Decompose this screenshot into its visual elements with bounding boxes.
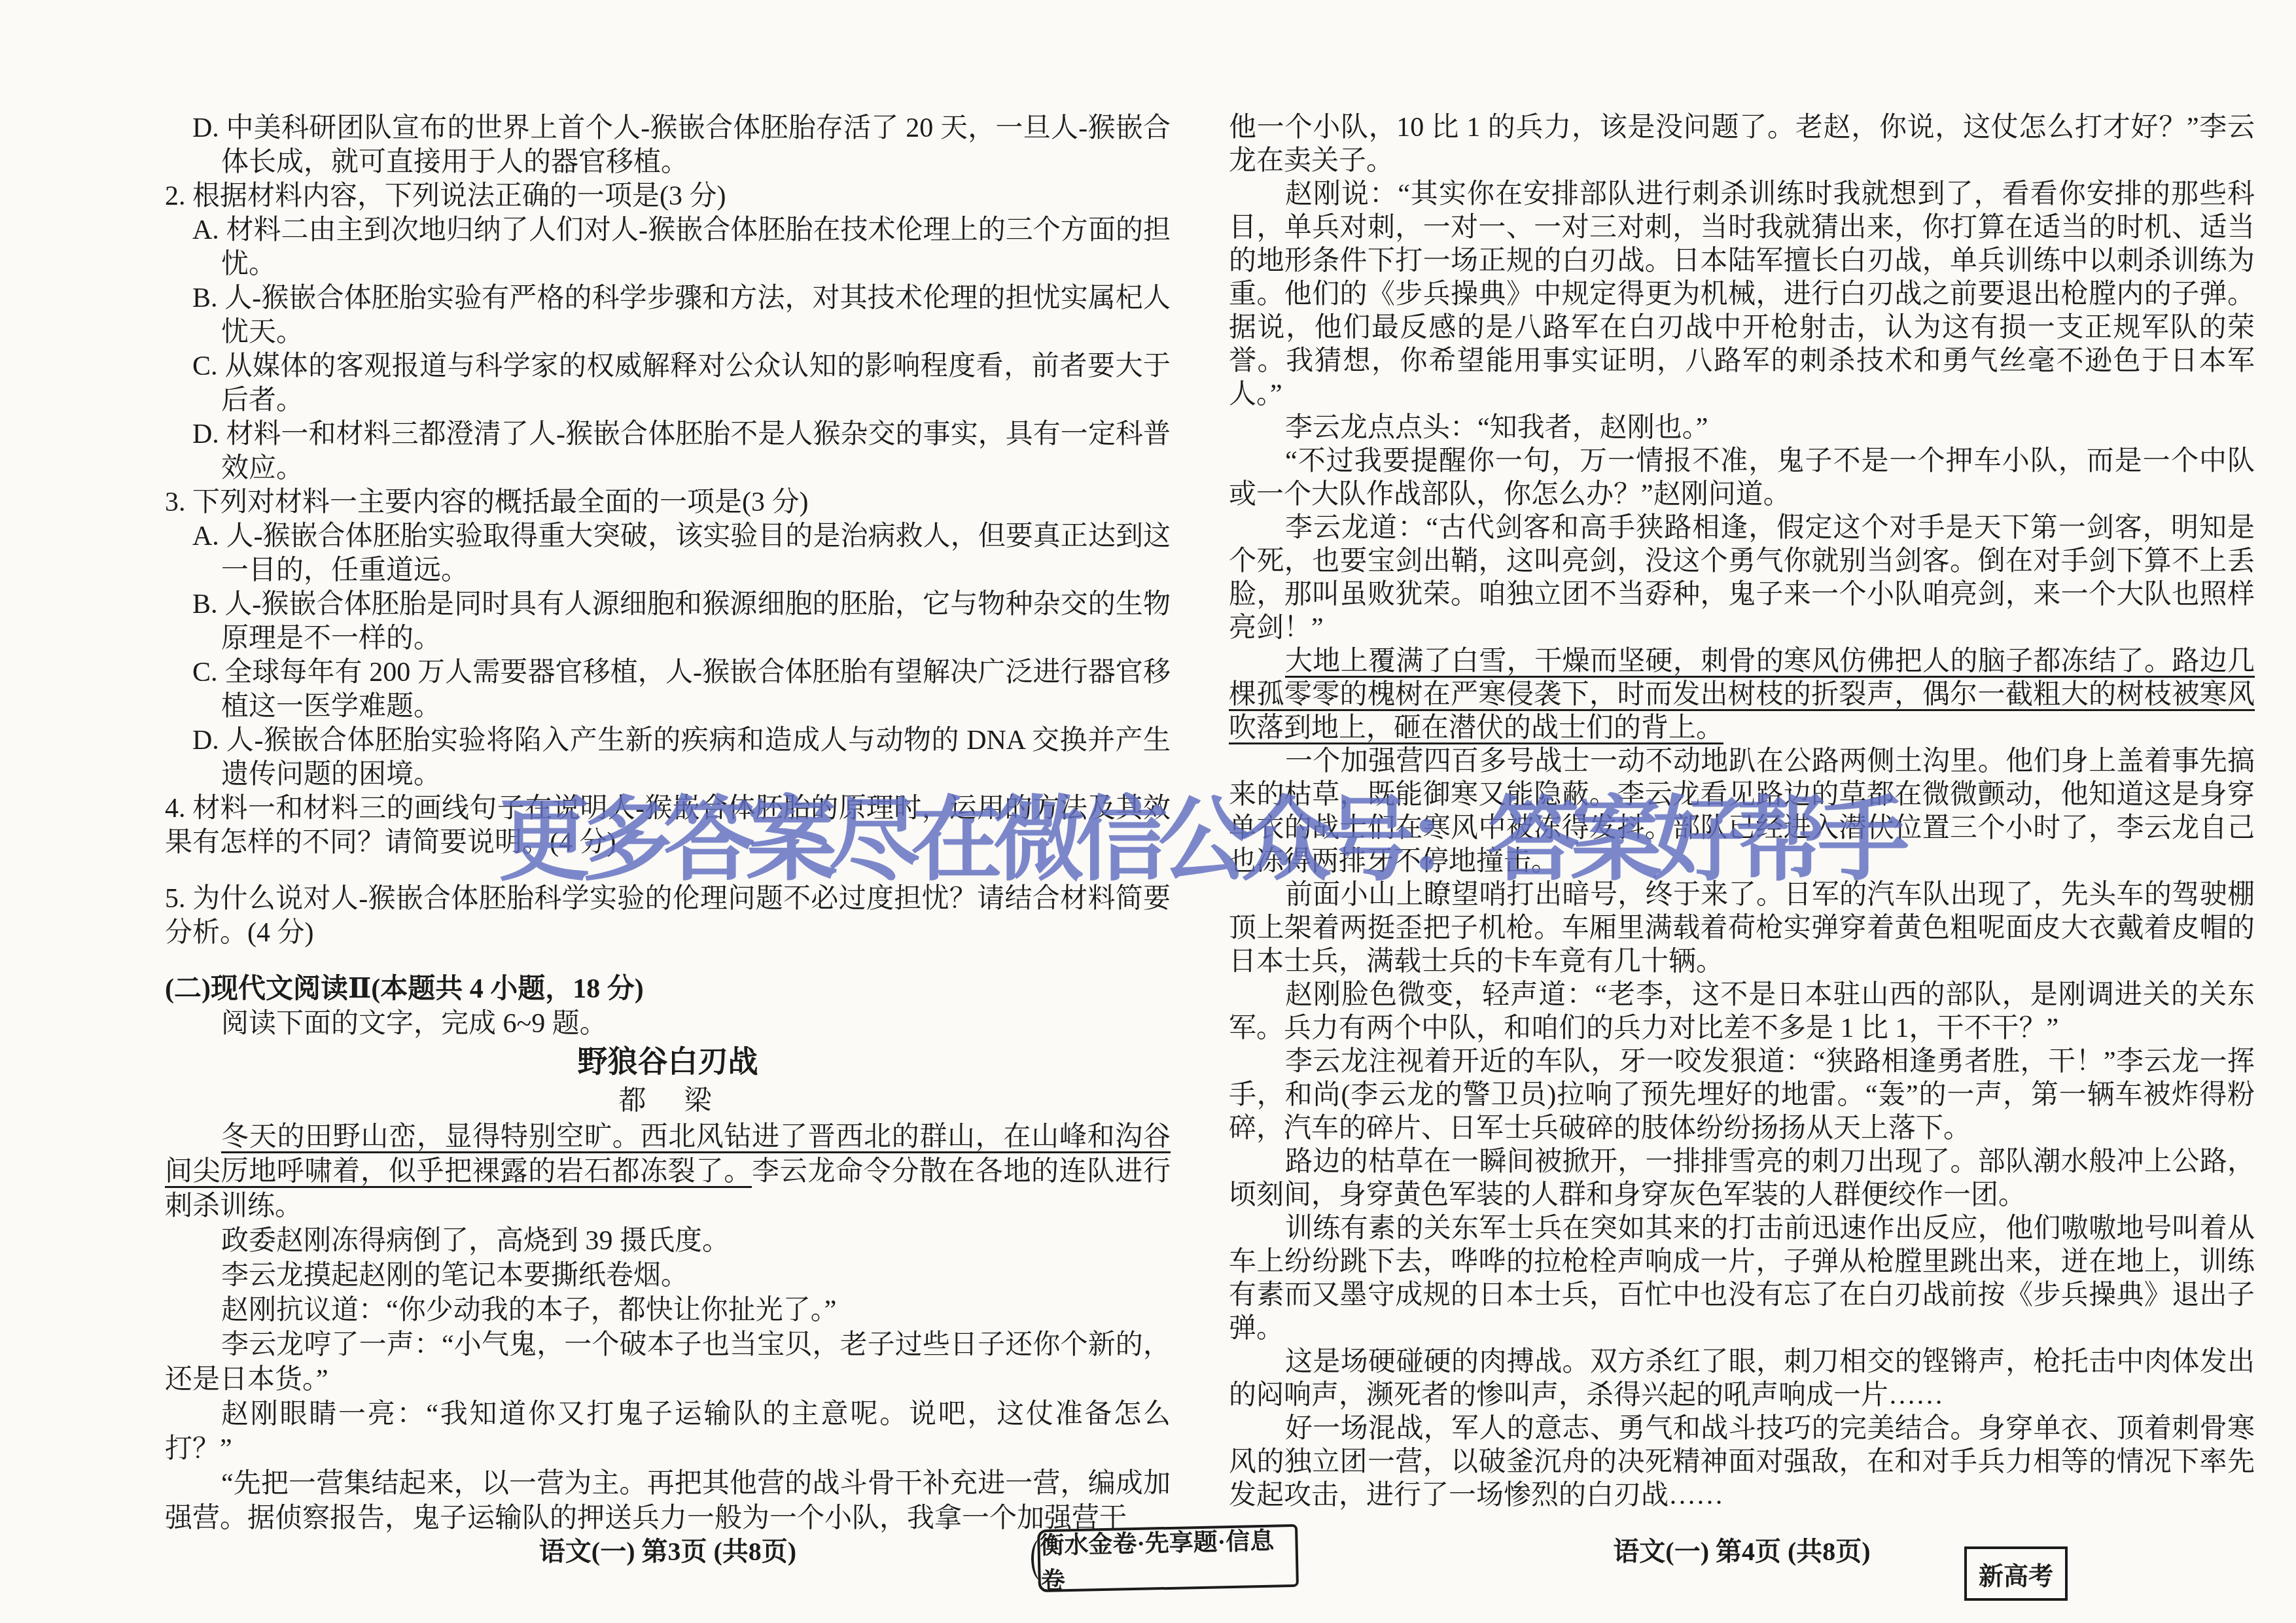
- text-run: 3. 下列对材料一主要内容的概括最全面的一项是(3 分): [165, 487, 808, 517]
- text-run: 他一个小队，10 比 1 的兵力，该是没问题了。老赵，你说，这仗怎么打才好？”李…: [1229, 113, 2255, 176]
- para: 政委赵刚冻得病倒了，高烧到 39 摄氏度。: [165, 1224, 1171, 1259]
- para: “先把一营集结起来，以一营为主。再把其他营的战斗骨干补充进一营，编成加强营。据侦…: [165, 1467, 1171, 1536]
- text-run: B. 人-猴嵌合体胚胎是同时具有人源细胞和猴源细胞的胚胎，它与物种杂交的生物原理…: [192, 589, 1171, 654]
- para: 赵刚脸色微变，轻声道：“老李，这不是日本驻山西的部队，是刚调进关的关东军。兵力有…: [1229, 979, 2255, 1045]
- option: A. 人-猴嵌合体胚胎实验取得重大突破，该实验目的是治病救人，但要真正达到这一目…: [165, 519, 1171, 587]
- para: 好一场混战，军人的意志、勇气和战斗技巧的完美结合。身穿单衣、顶着刺骨寒风的独立团…: [1229, 1412, 2255, 1512]
- text-run: D. 材料一和材料三都澄清了人-猴嵌合体胚胎不是人猴杂交的事实，具有一定科普效应…: [192, 419, 1171, 483]
- text-run: 赵刚抗议道：“你少动我的本子，都快让你扯光了。”: [221, 1295, 836, 1325]
- text-run: 赵刚脸色微变，轻声道：“老李，这不是日本驻山西的部队，是刚调进关的关东军。兵力有…: [1229, 980, 2255, 1043]
- text-run: 好一场混战，军人的意志、勇气和战斗技巧的完美结合。身穿单衣、顶着刺骨寒风的独立团…: [1229, 1414, 2255, 1510]
- text-run: 李云龙点点头：“知我者，赵刚也。”: [1285, 413, 1708, 443]
- text-run: A. 材料二由主到次地归纳了人们对人-猴嵌合体胚胎在技术伦理上的三个方面的担忧。: [192, 215, 1171, 279]
- text-run: 这是场硬碰硬的肉搏战。双方杀红了眼，刺刀相交的铿锵声，枪托击中肉体发出的闷响声，…: [1229, 1347, 2255, 1410]
- brand-box: 衡水金卷·先享题·信息卷: [1037, 1524, 1299, 1592]
- option: A. 材料二由主到次地归纳了人们对人-猴嵌合体胚胎在技术伦理上的三个方面的担忧。: [165, 213, 1171, 281]
- text-run: C. 从媒体的客观报道与科学家的权威解释对公众认知的影响程度看，前者要大于后者。: [192, 351, 1171, 415]
- text-run: 李云龙注视着开近的车队，牙一咬发狠道：“狭路相逢勇者胜，干！”李云龙一挥手，和尚…: [1229, 1047, 2255, 1143]
- left-column: D. 中美科研团队宣布的世界上首个人-猴嵌合体胚胎存活了 20 天，一旦人-猴嵌…: [165, 111, 1171, 1536]
- text-run: “不过我要提醒你一句，万一情报不准，鬼子不是一个押车小队，而是一个中队或一个大队…: [1229, 446, 2255, 510]
- para: 冬天的田野山峦，显得特别空旷。西北风钻进了晋西北的群山，在山峰和沟谷间尖厉地呼啸…: [165, 1120, 1171, 1224]
- text-run: 4. 材料一和材料三的画线句子在说明人-猴嵌合体胚胎的原理时，运用的方法及其效果…: [165, 794, 1171, 858]
- para: 路边的枯草在一瞬间被掀开，一排排雪亮的刺刀出现了。部队潮水般冲上公路，顷刻间，身…: [1229, 1145, 2255, 1212]
- option: B. 人-猴嵌合体胚胎是同时具有人源细胞和猴源细胞的胚胎，它与物种杂交的生物原理…: [165, 587, 1171, 655]
- section: (二)现代文阅读Ⅱ(本题共 4 小题，18 分): [165, 972, 1171, 1007]
- question: 3. 下列对材料一主要内容的概括最全面的一项是(3 分): [165, 485, 1171, 519]
- option: C. 全球每年有 200 万人需要器官移植，人-猴嵌合体胚胎有望解决广泛进行器官…: [165, 655, 1171, 724]
- exam-type-badge: 新高考: [1964, 1546, 2068, 1601]
- option: B. 人-猴嵌合体胚胎实验有严格的科学步骤和方法，对其技术伦理的担忧实属杞人忧天…: [165, 281, 1171, 349]
- right-column: 他一个小队，10 比 1 的兵力，该是没问题了。老赵，你说，这仗怎么打才好？”李…: [1229, 111, 2255, 1512]
- text-run: 路边的枯草在一瞬间被掀开，一排排雪亮的刺刀出现了。部队潮水般冲上公路，顷刻间，身…: [1229, 1147, 2255, 1210]
- text-run: 前面小山上瞭望哨打出暗号，终于来了。日军的汽车队出现了，先头车的驾驶棚顶上架着两…: [1229, 880, 2255, 977]
- text-run: B. 人-猴嵌合体胚胎实验有严格的科学步骤和方法，对其技术伦理的担忧实属杞人忧天…: [192, 283, 1171, 347]
- para: 李云龙注视着开近的车队，牙一咬发狠道：“狭路相逢勇者胜，干！”李云龙一挥手，和尚…: [1229, 1045, 2255, 1145]
- text-run: (二)现代文阅读Ⅱ(本题共 4 小题，18 分): [165, 974, 644, 1004]
- text-run: D. 人-猴嵌合体胚胎实验将陷入产生新的疾病和造成人与动物的 DNA 交换并产生…: [192, 725, 1171, 790]
- page-number-right: 语文(一) 第4页 (共8页): [1229, 1531, 2255, 1568]
- text-run: 李云龙摸起赵刚的笔记本要撕纸卷烟。: [221, 1261, 688, 1291]
- option: C. 从媒体的客观报道与科学家的权威解释对公众认知的影响程度看，前者要大于后者。: [165, 349, 1171, 417]
- story-author: 都 梁: [165, 1082, 1171, 1120]
- text-run: 李云龙道：“古代剑客和高手狭路相逢，假定这个对手是天下第一剑客，明知是个死，也要…: [1229, 513, 2255, 643]
- exam-paper-page: D. 中美科研团队宣布的世界上首个人-猴嵌合体胚胎存活了 20 天，一旦人-猴嵌…: [0, 0, 2296, 1623]
- brand-ribbon-decoration: [1031, 1539, 1051, 1581]
- para: 赵刚眼睛一亮：“我知道你又打鬼子运输队的主意呢。说吧，这仗准备怎么打？”: [165, 1397, 1171, 1467]
- page-number-left: 语文(一) 第3页 (共8页): [165, 1531, 1171, 1568]
- text-run: 5. 为什么说对人-猴嵌合体胚胎科学实验的伦理问题不必过度担忧？请结合材料简要分…: [165, 884, 1171, 948]
- option: D. 材料一和材料三都澄清了人-猴嵌合体胚胎不是人猴杂交的事实，具有一定科普效应…: [165, 417, 1171, 485]
- para: 赵刚说：“其实你在安排部队进行刺杀训练时我就想到了，看看你安排的那些科目，单兵对…: [1229, 178, 2255, 411]
- question: 2. 根据材料内容，下列说法正确的一项是(3 分): [165, 179, 1171, 213]
- text-run: 李云龙哼了一声：“小气鬼，一个破本子也当宝贝，老子过些日子还你个新的，还是日本货…: [165, 1330, 1171, 1395]
- brand-label: 衡水金卷·先享题·信息卷: [1040, 1520, 1296, 1596]
- para: 李云龙摸起赵刚的笔记本要撕纸卷烟。: [165, 1259, 1171, 1293]
- text-run: 赵刚眼睛一亮：“我知道你又打鬼子运输队的主意呢。说吧，这仗准备怎么打？”: [165, 1399, 1171, 1464]
- text-run: 阅读下面的文字，完成 6~9 题。: [221, 1009, 607, 1039]
- option: D. 人-猴嵌合体胚胎实验将陷入产生新的疾病和造成人与动物的 DNA 交换并产生…: [165, 724, 1171, 792]
- question: 5. 为什么说对人-猴嵌合体胚胎科学实验的伦理问题不必过度担忧？请结合材料简要分…: [165, 882, 1171, 950]
- text-run: 训练有素的关东军士兵在突如其来的打击前迅速作出反应，他们嗷嗷地号叫着从车上纷纷跳…: [1229, 1213, 2255, 1344]
- para: 李云龙道：“古代剑客和高手狭路相逢，假定这个对手是天下第一剑客，明知是个死，也要…: [1229, 512, 2255, 645]
- para: 训练有素的关东军士兵在突如其来的打击前迅速作出反应，他们嗷嗷地号叫着从车上纷纷跳…: [1229, 1212, 2255, 1346]
- text-run: D. 中美科研团队宣布的世界上首个人-猴嵌合体胚胎存活了 20 天，一旦人-猴嵌…: [192, 113, 1171, 177]
- para: 李云龙哼了一声：“小气鬼，一个破本子也当宝贝，老子过些日子还你个新的，还是日本货…: [165, 1328, 1171, 1397]
- text-run: C. 全球每年有 200 万人需要器官移植，人-猴嵌合体胚胎有望解决广泛进行器官…: [192, 657, 1171, 722]
- text-run: 野狼谷白刃战: [578, 1045, 758, 1078]
- text-run: “先把一营集结起来，以一营为主。再把其他营的战斗骨干补充进一营，编成加强营。据侦…: [165, 1469, 1171, 1533]
- para: 这是场硬碰硬的肉搏战。双方杀红了眼，刺刀相交的铿锵声，枪托击中肉体发出的闷响声，…: [1229, 1346, 2255, 1412]
- question: 4. 材料一和材料三的画线句子在说明人-猴嵌合体胚胎的原理时，运用的方法及其效果…: [165, 792, 1171, 860]
- text-run: 都 梁: [618, 1086, 716, 1116]
- text-run: 2. 根据材料内容，下列说法正确的一项是(3 分): [165, 181, 726, 211]
- instruction: 阅读下面的文字，完成 6~9 题。: [165, 1007, 1171, 1041]
- para: 一个加强营四百多号战士一动不动地趴在公路两侧土沟里。他们身上盖着事先搞来的枯草，…: [1229, 745, 2255, 879]
- text-run: A. 人-猴嵌合体胚胎实验取得重大突破，该实验目的是治病救人，但要真正达到这一目…: [192, 521, 1171, 585]
- para: 前面小山上瞭望哨打出暗号，终于来了。日军的汽车队出现了，先头车的驾驶棚顶上架着两…: [1229, 879, 2255, 979]
- option: D. 中美科研团队宣布的世界上首个人-猴嵌合体胚胎存活了 20 天，一旦人-猴嵌…: [165, 111, 1171, 179]
- para: 李云龙点点头：“知我者，赵刚也。”: [1229, 411, 2255, 445]
- para: “不过我要提醒你一句，万一情报不准，鬼子不是一个押车小队，而是一个中队或一个大队…: [1229, 445, 2255, 512]
- para: 赵刚抗议道：“你少动我的本子，都快让你扯光了。”: [165, 1293, 1171, 1328]
- para-cont: 他一个小队，10 比 1 的兵力，该是没问题了。老赵，你说，这仗怎么打才好？”李…: [1229, 111, 2255, 178]
- text-run: 一个加强营四百多号战士一动不动地趴在公路两侧土沟里。他们身上盖着事先搞来的枯草，…: [1229, 746, 2255, 877]
- underlined-text-run: 大地上覆满了白雪，干燥而坚硬，刺骨的寒风仿佛把人的脑子都冻结了。路边几棵孤零零的…: [1229, 646, 2255, 743]
- text-run: 政委赵刚冻得病倒了，高烧到 39 摄氏度。: [221, 1226, 730, 1256]
- para: 大地上覆满了白雪，干燥而坚硬，刺骨的寒风仿佛把人的脑子都冻结了。路边几棵孤零零的…: [1229, 645, 2255, 745]
- text-run: 赵刚说：“其实你在安排部队进行刺杀训练时我就想到了，看看你安排的那些科目，单兵对…: [1229, 179, 2255, 410]
- story-title: 野狼谷白刃战: [165, 1041, 1171, 1082]
